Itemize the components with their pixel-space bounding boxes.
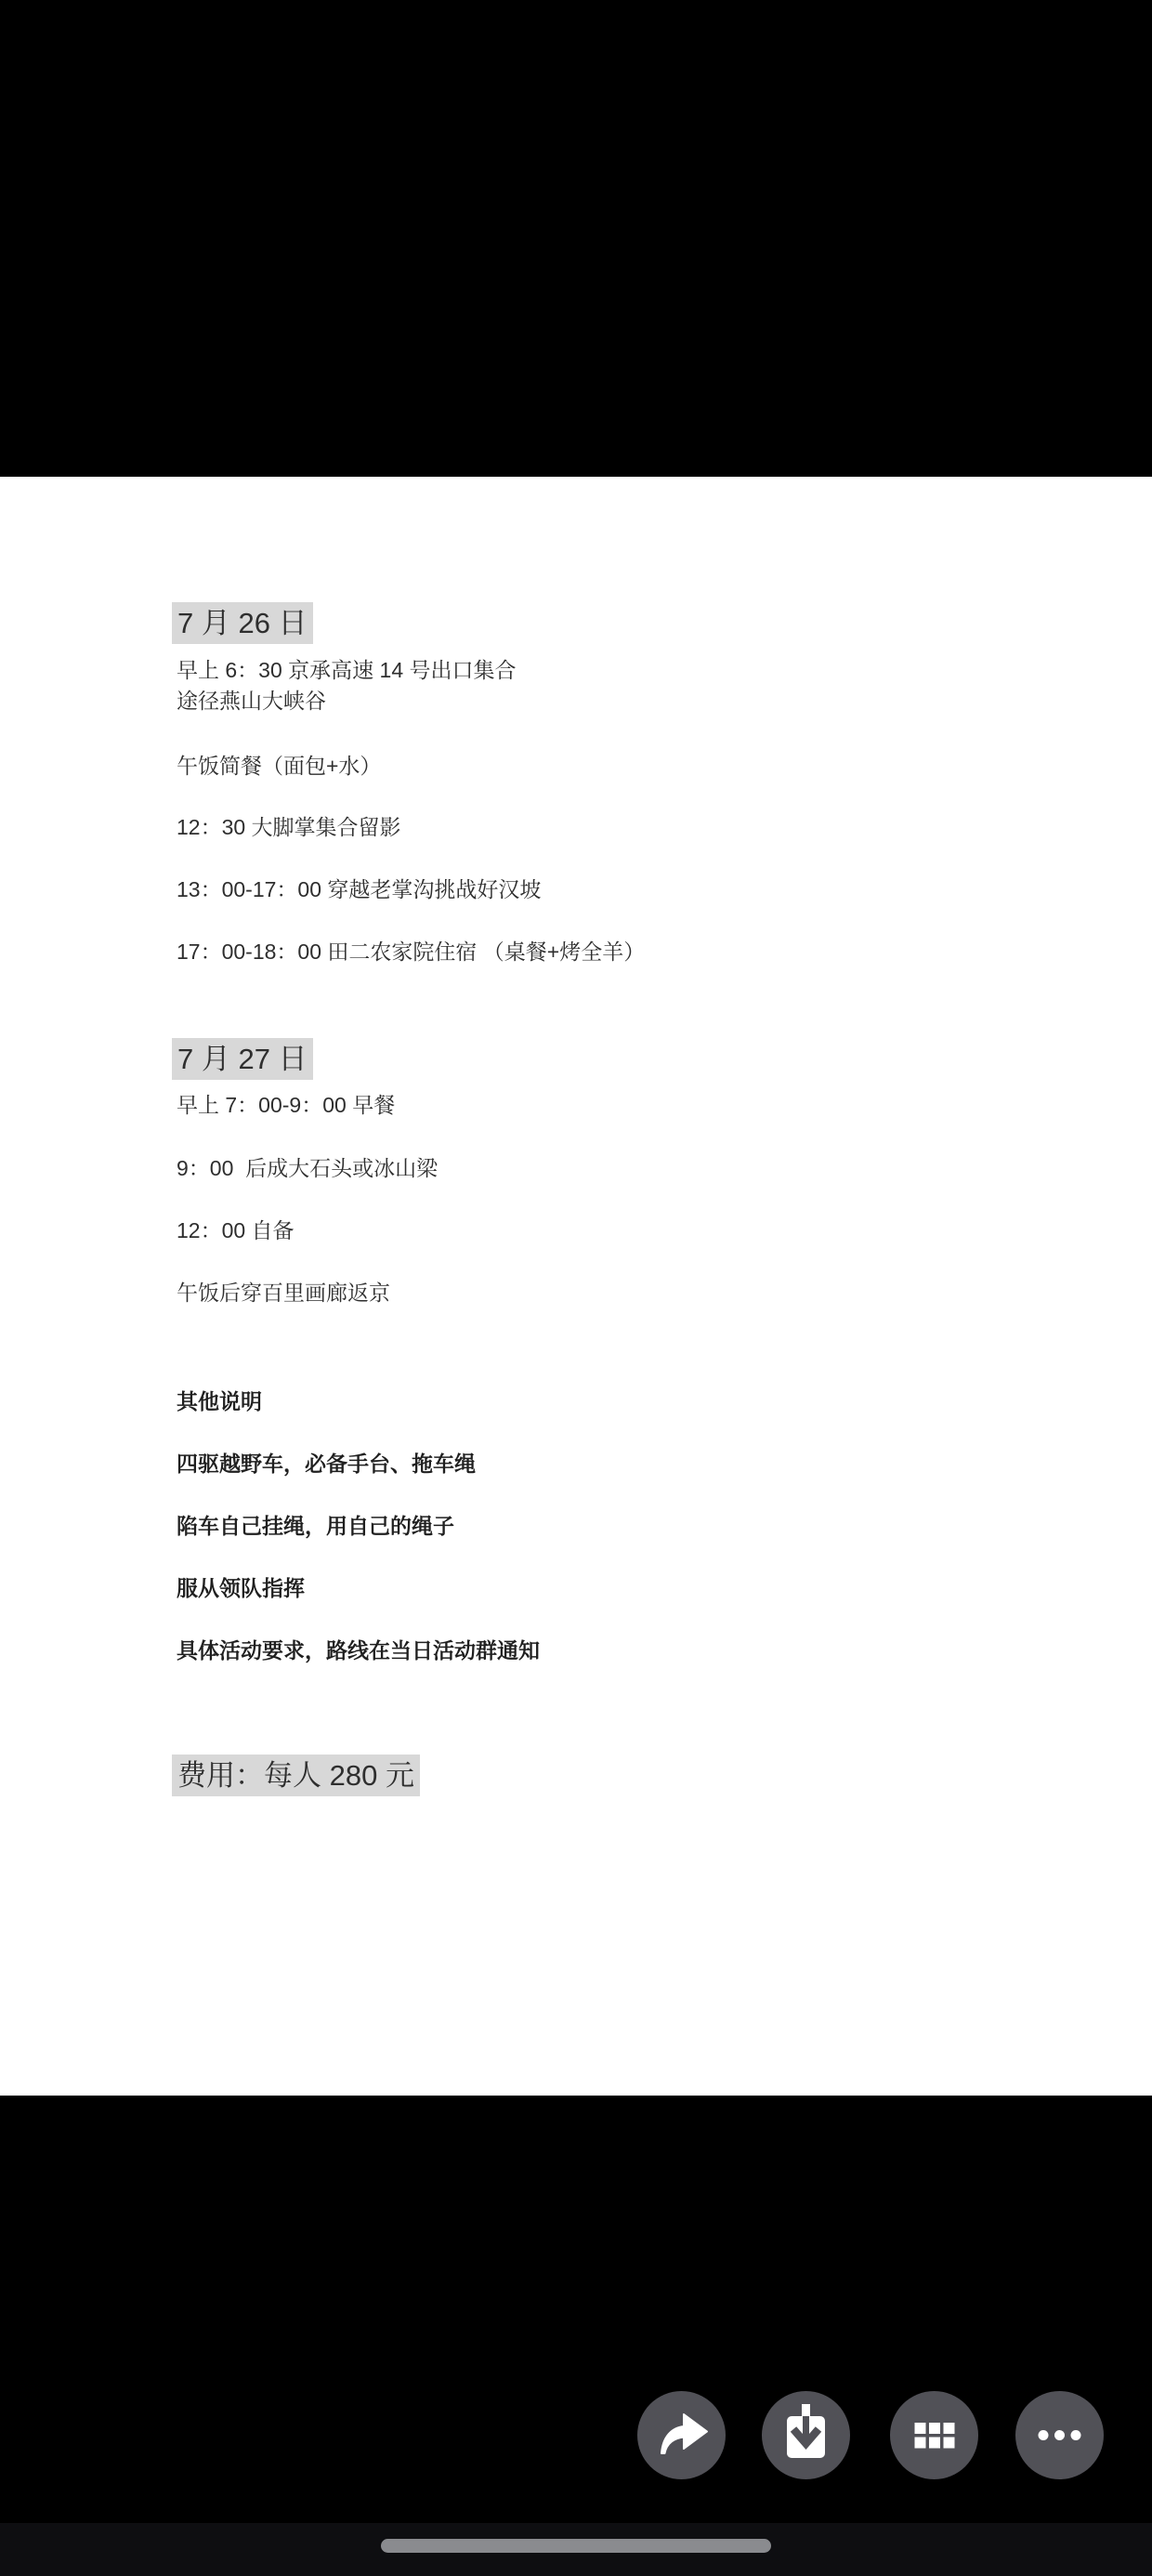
note-line: 服从领队指挥: [177, 1573, 305, 1604]
home-indicator[interactable]: [381, 2539, 771, 2553]
itinerary-line: 早上 6：30 京承高速 14 号出口集合: [177, 655, 517, 686]
fee-highlight: 费用：每人 280 元: [172, 1755, 420, 1796]
download-button[interactable]: [762, 2391, 850, 2479]
itinerary-line: 12：30 大脚掌集合留影: [177, 812, 401, 843]
note-line: 四驱越野车，必备手台、拖车绳: [177, 1449, 476, 1479]
itinerary-line: 午饭简餐（面包+水）: [177, 751, 381, 782]
share-icon: [637, 2391, 726, 2479]
grid-button[interactable]: [890, 2391, 978, 2479]
note-line: 具体活动要求，路线在当日活动群通知: [177, 1636, 540, 1666]
ellipsis-icon: [1015, 2391, 1104, 2479]
fee-line: 费用：每人 280 元: [172, 1755, 420, 1796]
date-highlight: 7 月 26 日: [172, 602, 313, 644]
itinerary-line: 17：00-18：00 田二农家院住宿 （桌餐+烤全羊）: [177, 937, 645, 967]
itinerary-line: 途径燕山大峡谷: [177, 686, 326, 716]
itinerary-line: 13：00-17：00 穿越老掌沟挑战好汉坡: [177, 874, 541, 905]
notes-title: 其他说明: [177, 1387, 262, 1417]
grid-icon: [890, 2391, 978, 2479]
date-heading-jul26: 7 月 26 日: [172, 602, 313, 644]
date-heading-jul27: 7 月 27 日: [172, 1038, 313, 1080]
share-button[interactable]: [637, 2391, 726, 2479]
itinerary-line: 9：00 后成大石头或冰山梁: [177, 1153, 438, 1184]
more-button[interactable]: [1015, 2391, 1104, 2479]
itinerary-line: 12：00 自备: [177, 1216, 295, 1246]
download-icon: [762, 2391, 850, 2479]
date-highlight: 7 月 27 日: [172, 1038, 313, 1080]
itinerary-line: 早上 7：00-9：00 早餐: [177, 1090, 395, 1121]
itinerary-line: 午饭后穿百里画廊返京: [177, 1278, 390, 1308]
note-line: 陷车自己挂绳，用自己的绳子: [177, 1511, 454, 1542]
document-page[interactable]: 7 月 26 日 早上 6：30 京承高速 14 号出口集合 途径燕山大峡谷 午…: [0, 477, 1152, 2096]
